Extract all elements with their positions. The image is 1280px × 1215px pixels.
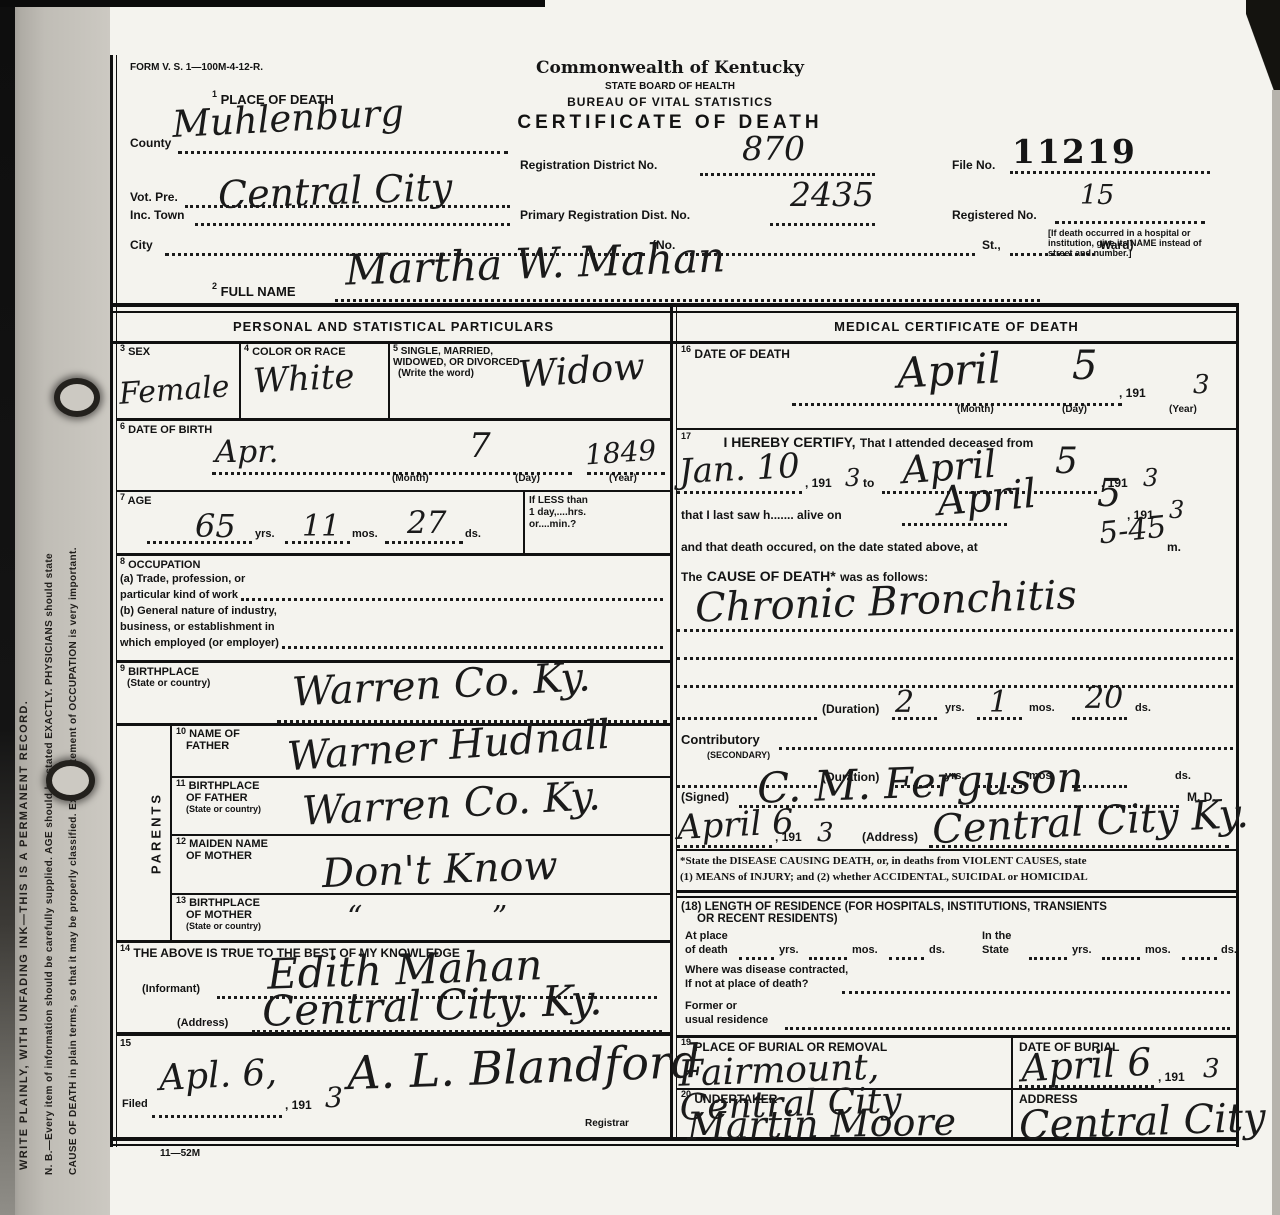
age-less-box: If LESS than 1 day,....hrs. or....min.? bbox=[523, 492, 670, 553]
frame-left-outer bbox=[110, 55, 113, 1147]
registered-no-value: 15 bbox=[1080, 182, 1114, 209]
informant-label: (Informant) bbox=[142, 983, 200, 995]
last-year-digit: 3 bbox=[1169, 498, 1184, 522]
inc-town-label: Inc. Town bbox=[130, 208, 184, 222]
former-dots bbox=[785, 1024, 1230, 1030]
full-name-label: 2 FULL NAME bbox=[212, 284, 296, 299]
cause-pre: The bbox=[681, 570, 702, 584]
marital-cell: 5 SINGLE, MARRIED, WIDOWED, OR DIVORCED … bbox=[390, 344, 670, 418]
registrar-signature: A. L. Blandford bbox=[346, 1038, 701, 1096]
row-informant: 14 THE ABOVE IS TRUE TO THE BEST OF MY K… bbox=[117, 943, 670, 1036]
to-year-digit: 3 bbox=[1143, 466, 1158, 490]
parents-vertical-label: PARENTS bbox=[149, 792, 164, 874]
file-no-label: File No. bbox=[952, 158, 995, 172]
secondary-label: (SECONDARY) bbox=[707, 750, 770, 760]
last-saw-month: April bbox=[935, 474, 1037, 522]
primary-reg-value: 2435 bbox=[790, 178, 874, 211]
cause-footnote: *State the DISEASE CAUSING DEATH, or, in… bbox=[680, 853, 1236, 885]
inc-town-dotted-line bbox=[195, 220, 510, 226]
undertaker-address-value: Central City bbox=[1018, 1098, 1266, 1147]
rule-footnote-1 bbox=[677, 890, 1236, 893]
right-section-title: MEDICAL CERTIFICATE OF DEATH bbox=[677, 319, 1236, 334]
duration-label: (Duration) bbox=[822, 702, 879, 716]
from-year-printed: , 191 bbox=[805, 476, 832, 490]
residence-label-1: (18) LENGTH OF RESIDENCE (FOR HOSPITALS,… bbox=[677, 898, 1236, 913]
occupation-b3-line: which employed (or employer) bbox=[120, 635, 666, 651]
registrar-label: Registrar bbox=[585, 1118, 629, 1129]
dod-year-printed: , 191 bbox=[1119, 386, 1146, 400]
scanner-left-margin: WRITE PLAINLY, WITH UNFADING INK—THIS IS… bbox=[0, 0, 110, 1215]
row-burial: 19 PLACE OF BURIAL OR REMOVAL Fairmount,… bbox=[677, 1038, 1236, 1090]
contributory-dots bbox=[779, 744, 1233, 750]
voting-precinct-label: Vot. Pre. bbox=[130, 190, 178, 204]
in-the-label-2: State bbox=[982, 944, 1009, 956]
death-certificate-scan: WRITE PLAINLY, WITH UNFADING INK—THIS IS… bbox=[0, 0, 1280, 1215]
occupation-a1: (a) Trade, profession, or bbox=[120, 571, 666, 587]
dod-month-caption: (Month) bbox=[957, 404, 994, 415]
dod-day-caption: (Day) bbox=[1062, 404, 1087, 415]
color-value: White bbox=[252, 359, 355, 398]
occupation-a-dots bbox=[241, 595, 663, 601]
duration-ds-label: ds. bbox=[1135, 702, 1151, 714]
certify-block: 17 I HEREBY CERTIFY, That I attended dec… bbox=[677, 430, 1236, 850]
file-no-value: 11219 bbox=[1012, 132, 1137, 171]
duration-mos-label: mos. bbox=[1029, 702, 1055, 714]
sign-address-label: (Address) bbox=[862, 830, 918, 844]
color-label: 4 COLOR OR RACE bbox=[241, 344, 388, 358]
duration2-ds-label: ds. bbox=[1175, 770, 1191, 782]
row-age: 7 AGE 65 yrs. 11 mos. 27 ds. If LESS tha… bbox=[117, 492, 670, 556]
occupation-a2: particular kind of work bbox=[120, 587, 238, 603]
mother-name-value: Don't Know bbox=[321, 845, 558, 893]
row-date-of-birth: 6 DATE OF BIRTH Apr. 7 1849 (Month) (Day… bbox=[117, 421, 670, 492]
certificate-title: CERTIFICATE OF DEATH bbox=[455, 112, 885, 134]
row-sex-color-marital: 3 SEX Female 4 COLOR OR RACE White 5 SIN… bbox=[117, 344, 670, 421]
scan-edge-strip bbox=[0, 0, 15, 1215]
dod-year-digit: 3 bbox=[1193, 372, 1210, 398]
age-months-value: 11 bbox=[302, 512, 340, 542]
burial-year-printed: , 191 bbox=[1158, 1070, 1185, 1084]
mother-name-row: 12 MAIDEN NAME OF MOTHER Don't Know bbox=[172, 836, 670, 896]
attended-from-value: Jan. 10 bbox=[678, 449, 800, 489]
duration-days: 20 bbox=[1085, 684, 1123, 714]
scan-artifact-top bbox=[0, 0, 545, 7]
column-divider-outer bbox=[670, 305, 673, 1139]
occupation-a2-line: particular kind of work bbox=[120, 587, 666, 603]
at-place-label-1: At place bbox=[685, 930, 728, 942]
scan-artifact-top-right bbox=[1246, 0, 1280, 100]
punch-hole bbox=[60, 384, 94, 411]
father-birthplace-row: 11 BIRTHPLACE OF FATHER (State or countr… bbox=[172, 778, 670, 836]
father-name-row: 10 NAME OF FATHER Warner Hudnall bbox=[172, 726, 670, 778]
street-label: St., bbox=[982, 238, 1001, 252]
burial-date-cell: DATE OF BURIAL April 6 , 191 3 bbox=[1013, 1038, 1236, 1088]
primary-reg-label: Primary Registration Dist. No. bbox=[520, 208, 690, 222]
occupation-b-dots bbox=[282, 643, 663, 649]
registration-district-label: Registration District No. bbox=[520, 158, 657, 172]
bureau-title: BUREAU OF VITAL STATISTICS bbox=[455, 95, 885, 109]
residence-block: (18) LENGTH OF RESIDENCE (FOR HOSPITALS,… bbox=[677, 898, 1236, 1038]
from-year-digit: 3 bbox=[845, 466, 860, 490]
filed-dotted bbox=[152, 1112, 282, 1118]
age-years-value: 65 bbox=[195, 510, 236, 542]
contracted-label-2: If not at place of death? bbox=[685, 978, 808, 990]
filed-date-value: Apl. 6, bbox=[158, 1055, 278, 1097]
mother-bp-value: “ ” bbox=[347, 903, 567, 933]
in-the-label-1: In the bbox=[982, 930, 1011, 942]
undertaker-value: Martin Moore bbox=[687, 1103, 957, 1146]
dob-month-value: Apr. bbox=[215, 437, 279, 468]
ward-dotted-line bbox=[1010, 250, 1095, 256]
res-dots-a1 bbox=[739, 954, 774, 960]
dod-year-caption: (Year) bbox=[1169, 404, 1197, 415]
scan-artifact-right bbox=[1272, 90, 1280, 1215]
signed-label: (Signed) bbox=[681, 790, 729, 804]
duration-yrs-label: yrs. bbox=[945, 702, 965, 714]
parents-group: PARENTS 10 NAME OF FATHER Warner Hudnall… bbox=[117, 726, 670, 943]
margin-instruction-2: N. B.—Every item of information should b… bbox=[44, 295, 55, 1175]
dob-day-value: 7 bbox=[469, 429, 491, 463]
dod-day-value: 5 bbox=[1072, 346, 1097, 386]
commonwealth-title: Commonwealth of Kentucky bbox=[455, 58, 885, 78]
to-word: to bbox=[863, 476, 874, 490]
filed-year-printed: , 191 bbox=[285, 1098, 312, 1112]
footnote-line-2: (1) MEANS of INJURY; and (2) whether ACC… bbox=[680, 869, 1236, 885]
sex-value: Female bbox=[118, 372, 230, 410]
former-label-2: usual residence bbox=[685, 1014, 768, 1026]
former-label-1: Former or bbox=[685, 1000, 737, 1012]
primary-reg-dotted-line bbox=[770, 220, 875, 226]
parents-rows: 10 NAME OF FATHER Warner Hudnall 11 BIRT… bbox=[172, 726, 670, 940]
sex-cell: 3 SEX Female bbox=[117, 344, 241, 418]
contracted-label-1: Where was disease contracted, bbox=[685, 964, 848, 976]
res-dots-b3 bbox=[1182, 954, 1217, 960]
dob-day-caption: (Day) bbox=[515, 473, 540, 484]
registered-no-label: Registered No. bbox=[952, 208, 1037, 222]
occupation-b3: which employed (or employer) bbox=[120, 635, 279, 651]
contributory-label: Contributory bbox=[681, 732, 760, 747]
marital-label: 5 SINGLE, MARRIED, WIDOWED, OR DIVORCED bbox=[390, 344, 523, 368]
age-mos-label: mos. bbox=[352, 528, 378, 540]
occupation-b1: (b) General nature of industry, bbox=[120, 603, 666, 619]
left-section-title: PERSONAL AND STATISTICAL PARTICULARS bbox=[117, 319, 670, 334]
attended-to-day: 5 bbox=[1055, 444, 1078, 480]
age-yrs-label: yrs. bbox=[255, 528, 275, 540]
sign-year-digit: 3 bbox=[817, 820, 834, 846]
informant-address-label: (Address) bbox=[177, 1017, 228, 1029]
dob-month-caption: (Month) bbox=[392, 473, 429, 484]
res-dots-a3 bbox=[889, 954, 924, 960]
county-value: Muhlenburg bbox=[171, 94, 405, 143]
res-mos-1: mos. bbox=[852, 944, 878, 956]
plate-number: 11—52M bbox=[160, 1148, 200, 1159]
last-saw-day: 5 bbox=[1097, 474, 1121, 512]
punch-hole bbox=[52, 766, 89, 795]
death-time-value: 5-45 bbox=[1098, 513, 1168, 550]
occupation-label: 8 OCCUPATION bbox=[120, 559, 666, 571]
res-ds-2: ds. bbox=[1221, 944, 1237, 956]
undertaker-address-cell: ADDRESS Central City bbox=[1013, 1090, 1236, 1139]
cause-value: Chronic Bronchitis bbox=[694, 575, 1077, 628]
color-cell: 4 COLOR OR RACE White bbox=[241, 344, 390, 418]
frame-right-outer bbox=[1236, 305, 1239, 1147]
full-name-dotted-line bbox=[335, 296, 1040, 302]
street-dotted-line bbox=[685, 250, 975, 256]
at-place-label-2: of death bbox=[685, 944, 728, 956]
registered-no-dotted-line bbox=[1055, 218, 1205, 224]
res-dots-a2 bbox=[809, 954, 847, 960]
age-less-note-2: 1 day,....hrs. bbox=[529, 507, 670, 519]
cause-dots-2 bbox=[677, 654, 1233, 660]
informant-address-value: Central City. Ky. bbox=[261, 979, 603, 1033]
duration-months: 1 bbox=[989, 688, 1008, 718]
last-saw-label: that I last saw h....... alive on bbox=[681, 508, 842, 522]
parents-label-cell: PARENTS bbox=[117, 726, 172, 940]
row-occupation: 8 OCCUPATION (a) Trade, profession, or p… bbox=[117, 556, 670, 663]
res-yrs-1: yrs. bbox=[779, 944, 799, 956]
age-ds-label: ds. bbox=[465, 528, 481, 540]
filed-label: Filed bbox=[122, 1098, 148, 1110]
burial-date-value: April 6 bbox=[1020, 1043, 1152, 1088]
county-dotted-line bbox=[178, 148, 508, 154]
res-yrs-2: yrs. bbox=[1072, 944, 1092, 956]
dod-month-value: April bbox=[896, 347, 1002, 394]
mother-birthplace-row: 13 BIRTHPLACE OF MOTHER (State or countr… bbox=[172, 895, 670, 940]
res-mos-2: mos. bbox=[1145, 944, 1171, 956]
dob-year-caption: (Year) bbox=[609, 473, 637, 484]
burial-year-digit: 3 bbox=[1203, 1056, 1220, 1082]
burial-place-cell: 19 PLACE OF BURIAL OR REMOVAL Fairmount,… bbox=[677, 1038, 1013, 1088]
duration-years: 2 bbox=[895, 688, 914, 718]
city-label: City bbox=[130, 238, 153, 252]
ward-label: Ward) bbox=[1100, 238, 1134, 252]
margin-instruction-1: WRITE PLAINLY, WITH UNFADING INK—THIS IS… bbox=[18, 300, 30, 1170]
occupation-b2: business, or establishment in bbox=[120, 619, 666, 635]
res-dots-b2 bbox=[1102, 954, 1140, 960]
age-days-value: 27 bbox=[407, 508, 446, 539]
full-name-value: Martha W. Mahan bbox=[344, 236, 725, 291]
marital-value: Widow bbox=[517, 348, 646, 394]
dob-year-value: 1849 bbox=[584, 437, 657, 470]
row-date-of-death: 16 DATE OF DEATH April 5 , 191 3 (Month)… bbox=[677, 344, 1236, 430]
cause-dots-3 bbox=[677, 682, 1233, 688]
margin-instruction-3: CAUSE OF DEATH in plain terms, so that i… bbox=[68, 295, 79, 1175]
res-ds-1: ds. bbox=[929, 944, 945, 956]
dob-label: 6 DATE OF BIRTH bbox=[117, 421, 670, 436]
death-time-m: m. bbox=[1167, 540, 1181, 554]
age-less-note-1: If LESS than bbox=[529, 495, 670, 507]
county-label: County bbox=[130, 136, 171, 150]
sex-label: 3 SEX bbox=[117, 344, 239, 358]
file-no-dotted-line bbox=[1010, 168, 1210, 174]
footnote-line-1: *State the DISEASE CAUSING DEATH, or, in… bbox=[680, 853, 1236, 869]
age-less-note-3: or....min.? bbox=[529, 519, 670, 531]
residence-label-2: OR RECENT RESIDENTS) bbox=[677, 913, 1236, 925]
state-header: Commonwealth of Kentucky STATE BOARD OF … bbox=[455, 58, 885, 134]
inc-town-value: Central City bbox=[217, 168, 453, 214]
contracted-dots bbox=[842, 988, 1230, 994]
filed-year-digit: 3 bbox=[325, 1084, 343, 1112]
place-of-death-number: 1 bbox=[212, 89, 217, 99]
row-filed: 15 Filed Apl. 6, , 191 3 A. L. Blandford… bbox=[117, 1036, 670, 1137]
sign-date-value: April 6 bbox=[676, 805, 794, 845]
registration-district-value: 870 bbox=[742, 132, 805, 165]
death-occurred-label: and that death occured, on the date stat… bbox=[681, 540, 978, 554]
board-title: STATE BOARD OF HEALTH bbox=[455, 81, 885, 92]
form-number: FORM V. S. 1—100M-4-12-R. bbox=[130, 62, 263, 73]
res-dots-b1 bbox=[1029, 954, 1067, 960]
duration-dots-lead bbox=[677, 714, 817, 720]
